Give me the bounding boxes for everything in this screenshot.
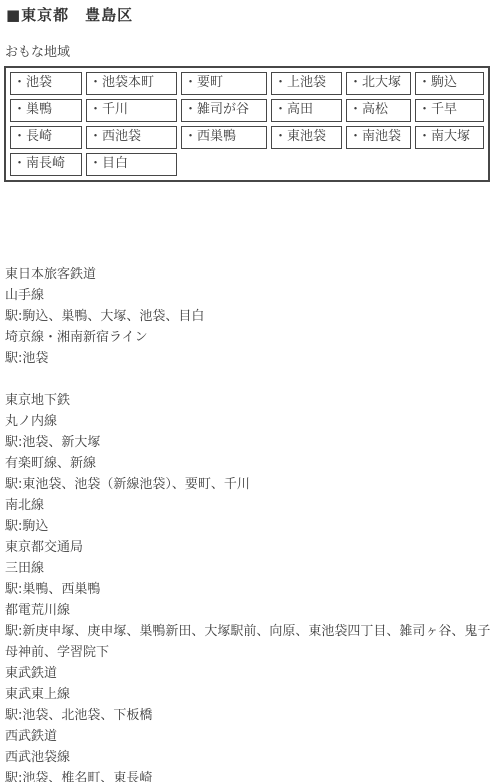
stations-list: 駅:池袋、椎名町、東長崎 [5, 768, 494, 782]
areas-heading: おもな地域 [5, 45, 492, 61]
page: ■東京都 豊島区 おもな地域 ・池袋 ・池袋本町 ・要町 ・上池袋 ・北大塚 ・… [0, 0, 495, 782]
rail-line-name: 山手線 [5, 285, 494, 306]
operator-name: 東京都交通局 [5, 537, 494, 558]
area-cell: ・池袋本町 [86, 72, 177, 95]
transit-section: 東日本旅客鉄道 山手線 駅:駒込、巣鴨、大塚、池袋、目白 埼京線・湘南新宿ライン… [5, 264, 494, 782]
area-cell: ・東池袋 [271, 126, 342, 149]
rail-line-name: 三田線 [5, 558, 494, 579]
rail-line-name: 丸ノ内線 [5, 411, 494, 432]
area-cell-empty [181, 153, 484, 176]
area-cell: ・目白 [86, 153, 177, 176]
stations-list: 駅:池袋、北池袋、下板橋 [5, 705, 494, 726]
area-cell: ・雑司が谷 [181, 99, 267, 122]
operator-name: 西武鉄道 [5, 726, 494, 747]
area-cell: ・高田 [271, 99, 342, 122]
area-cell: ・駒込 [415, 72, 484, 95]
area-cell: ・上池袋 [271, 72, 342, 95]
area-cell: ・南長崎 [10, 153, 82, 176]
area-cell: ・北大塚 [346, 72, 411, 95]
area-cell: ・千川 [86, 99, 177, 122]
rail-line-name: 有楽町線、新線 [5, 453, 494, 474]
area-cell: ・千早 [415, 99, 484, 122]
area-cell: ・要町 [181, 72, 267, 95]
stations-list: 駅:駒込 [5, 516, 494, 537]
area-cell: ・南池袋 [346, 126, 411, 149]
page-title: ■東京都 豊島区 [6, 6, 492, 24]
areas-table: ・池袋 ・池袋本町 ・要町 ・上池袋 ・北大塚 ・駒込 ・巣鴨 ・千川 ・雑司が… [4, 66, 490, 182]
rail-line-name: 埼京線・湘南新宿ライン [5, 327, 494, 348]
operator-name: 東日本旅客鉄道 [5, 264, 494, 285]
area-cell: ・池袋 [10, 72, 82, 95]
blank-line [5, 369, 494, 390]
area-cell: ・西池袋 [86, 126, 177, 149]
table-row: ・南長崎 ・目白 [10, 153, 484, 176]
operator-name: 東京地下鉄 [5, 390, 494, 411]
rail-line-name: 南北線 [5, 495, 494, 516]
area-cell: ・巣鴨 [10, 99, 82, 122]
rail-line-name: 都電荒川線 [5, 600, 494, 621]
stations-list: 駅:新庚申塚、庚申塚、巣鴨新田、大塚駅前、向原、東池袋四丁目、雑司ヶ谷、鬼子母神… [5, 621, 494, 663]
stations-list: 駅:駒込、巣鴨、大塚、池袋、目白 [5, 306, 494, 327]
stations-list: 駅:池袋、新大塚 [5, 432, 494, 453]
table-row: ・池袋 ・池袋本町 ・要町 ・上池袋 ・北大塚 ・駒込 [10, 72, 484, 95]
rail-line-name: 西武池袋線 [5, 747, 494, 768]
area-cell: ・高松 [346, 99, 411, 122]
stations-list: 駅:池袋 [5, 348, 494, 369]
rail-line-name: 東武東上線 [5, 684, 494, 705]
table-row: ・長崎 ・西池袋 ・西巣鴨 ・東池袋 ・南池袋 ・南大塚 [10, 126, 484, 149]
area-cell: ・南大塚 [415, 126, 484, 149]
table-row: ・巣鴨 ・千川 ・雑司が谷 ・高田 ・高松 ・千早 [10, 99, 484, 122]
stations-list: 駅:巣鴨、西巣鴨 [5, 579, 494, 600]
operator-name: 東武鉄道 [5, 663, 494, 684]
area-cell: ・長崎 [10, 126, 82, 149]
area-cell: ・西巣鴨 [181, 126, 267, 149]
stations-list: 駅:東池袋、池袋（新線池袋）、要町、千川 [5, 474, 494, 495]
